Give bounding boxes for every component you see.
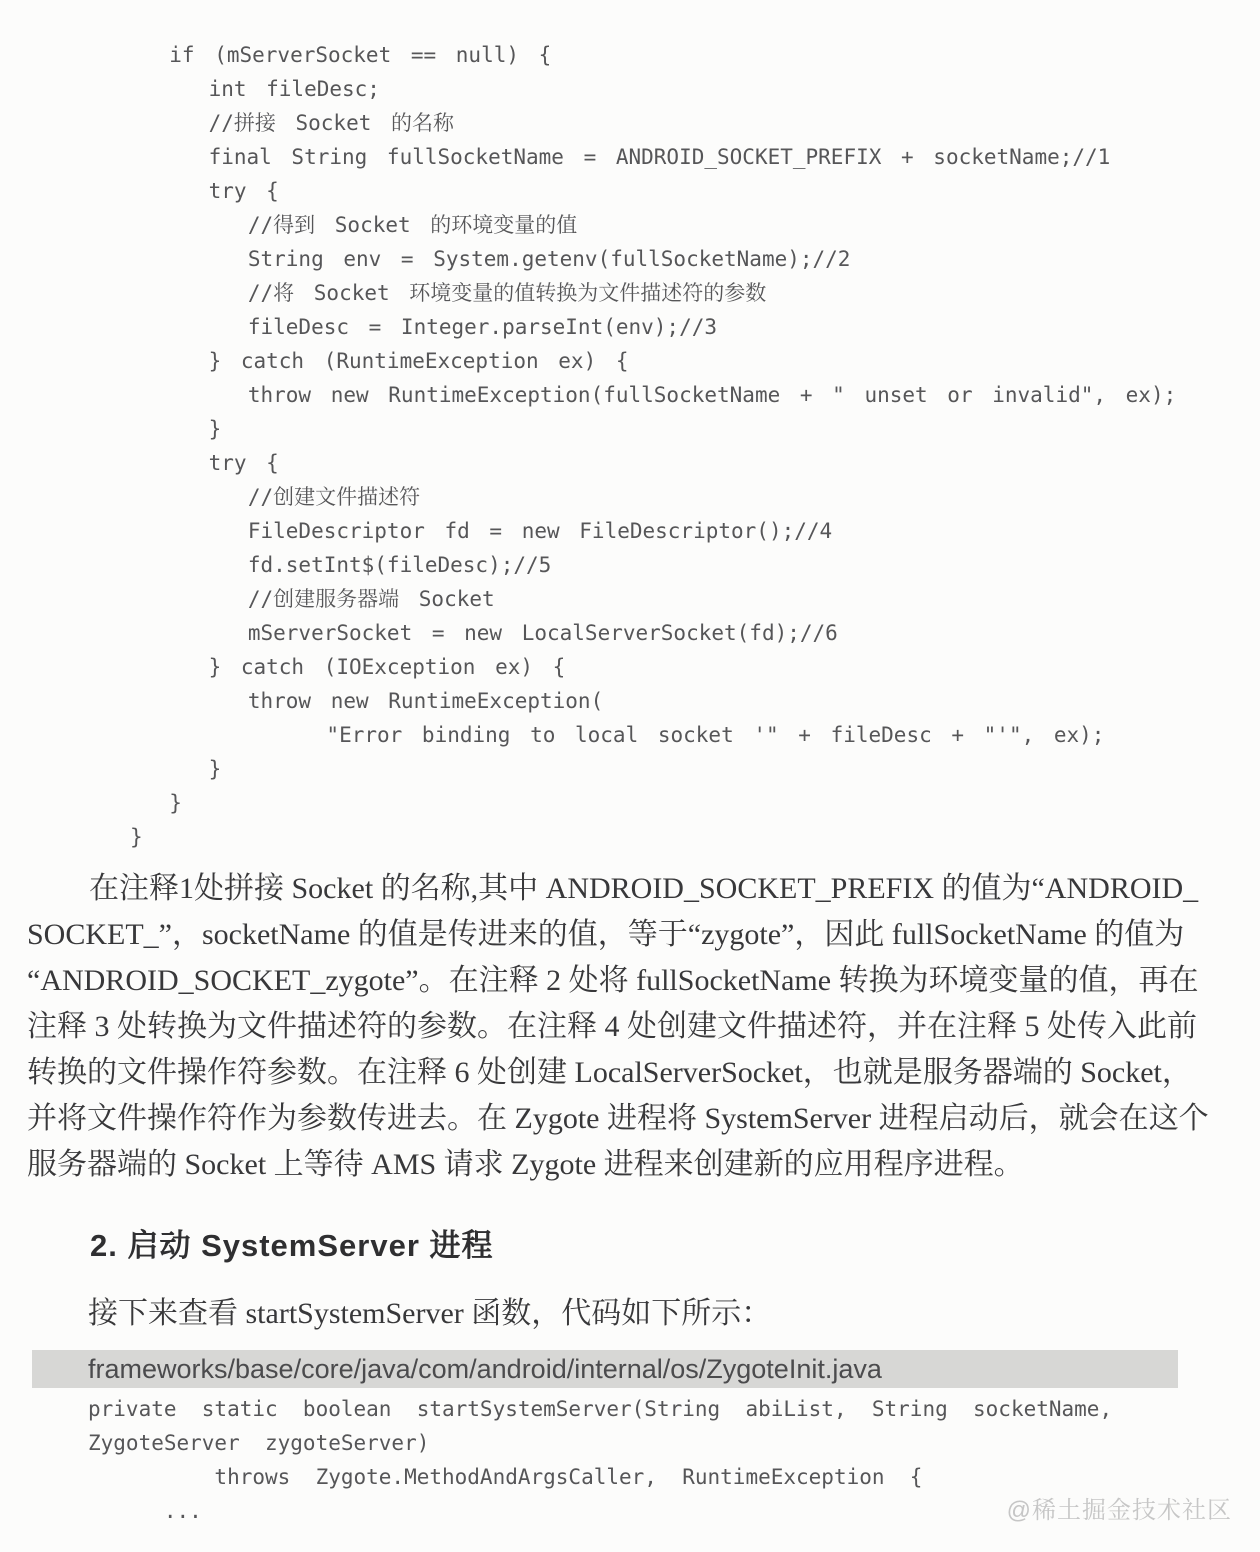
- file-path-bar: frameworks/base/core/java/com/android/in…: [32, 1350, 1178, 1388]
- code-line: }: [130, 820, 1176, 854]
- file-path: frameworks/base/core/java/com/android/in…: [32, 1354, 882, 1385]
- code-line: //创建服务器端 Socket: [130, 582, 1176, 616]
- code-block-socket-creation: if (mServerSocket == null) { int fileDes…: [130, 38, 1176, 854]
- paragraph-line: 转换的文件操作符参数。在注释 6 处创建 LocalServerSocket，也…: [27, 1050, 1167, 1096]
- code-line: try {: [130, 446, 1176, 480]
- code-line: final String fullSocketName = ANDROID_SO…: [130, 140, 1176, 174]
- paragraph-line: “ANDROID_SOCKET_zygote”。在注释 2 处将 fullSoc…: [27, 958, 1167, 1004]
- paragraph-line: SOCKET_”，socketName 的值是传进来的值，等于“zygote”，…: [27, 912, 1167, 958]
- code-line: } catch (IOException ex) {: [130, 650, 1176, 684]
- paragraph-line: 并将文件操作符作为参数传进去。在 Zygote 进程将 SystemServer…: [27, 1096, 1167, 1142]
- code-line: "Error binding to local socket '" + file…: [130, 718, 1176, 752]
- code-line: }: [130, 412, 1176, 446]
- code-line: throws Zygote.MethodAndArgsCaller, Runti…: [88, 1460, 1112, 1494]
- code-line: fd.setInt$(fileDesc);//5: [130, 548, 1176, 582]
- code-line: } catch (RuntimeException ex) {: [130, 344, 1176, 378]
- code-line: }: [130, 786, 1176, 820]
- code-line: mServerSocket = new LocalServerSocket(fd…: [130, 616, 1176, 650]
- code-line: ZygoteServer zygoteServer): [88, 1426, 1112, 1460]
- intro-sentence: 接下来查看 startSystemServer 函数，代码如下所示：: [88, 1288, 771, 1332]
- code-line: try {: [130, 174, 1176, 208]
- code-line: throw new RuntimeException(: [130, 684, 1176, 718]
- code-line: //将 Socket 环境变量的值转换为文件描述符的参数: [130, 276, 1176, 310]
- code-line: ...: [88, 1494, 1112, 1528]
- code-line: //拼接 Socket 的名称: [130, 106, 1176, 140]
- paragraph-line: 服务器端的 Socket 上等待 AMS 请求 Zygote 进程来创建新的应用…: [27, 1142, 1167, 1188]
- paragraph-line: 在注释1处拼接 Socket 的名称,其中 ANDROID_SOCKET_PRE…: [27, 866, 1167, 912]
- section-heading: 2. 启动 SystemServer 进程: [90, 1220, 494, 1265]
- code-line: if (mServerSocket == null) {: [130, 38, 1176, 72]
- paragraph-line: 注释 3 处转换为文件描述符的参数。在注释 4 处创建文件描述符，并在注释 5 …: [27, 1004, 1167, 1050]
- code-line: FileDescriptor fd = new FileDescriptor()…: [130, 514, 1176, 548]
- code-line: String env = System.getenv(fullSocketNam…: [130, 242, 1176, 276]
- body-paragraph: 在注释1处拼接 Socket 的名称,其中 ANDROID_SOCKET_PRE…: [27, 866, 1167, 1188]
- code-block-start-system-server: private static boolean startSystemServer…: [88, 1392, 1112, 1528]
- code-line: int fileDesc;: [130, 72, 1176, 106]
- code-line: //得到 Socket 的环境变量的值: [130, 208, 1176, 242]
- code-line: //创建文件描述符: [130, 480, 1176, 514]
- code-line: private static boolean startSystemServer…: [88, 1392, 1112, 1426]
- code-line: }: [130, 752, 1176, 786]
- code-line: throw new RuntimeException(fullSocketNam…: [130, 378, 1176, 412]
- code-line: fileDesc = Integer.parseInt(env);//3: [130, 310, 1176, 344]
- watermark: @稀土掘金技术社区: [1007, 1490, 1232, 1525]
